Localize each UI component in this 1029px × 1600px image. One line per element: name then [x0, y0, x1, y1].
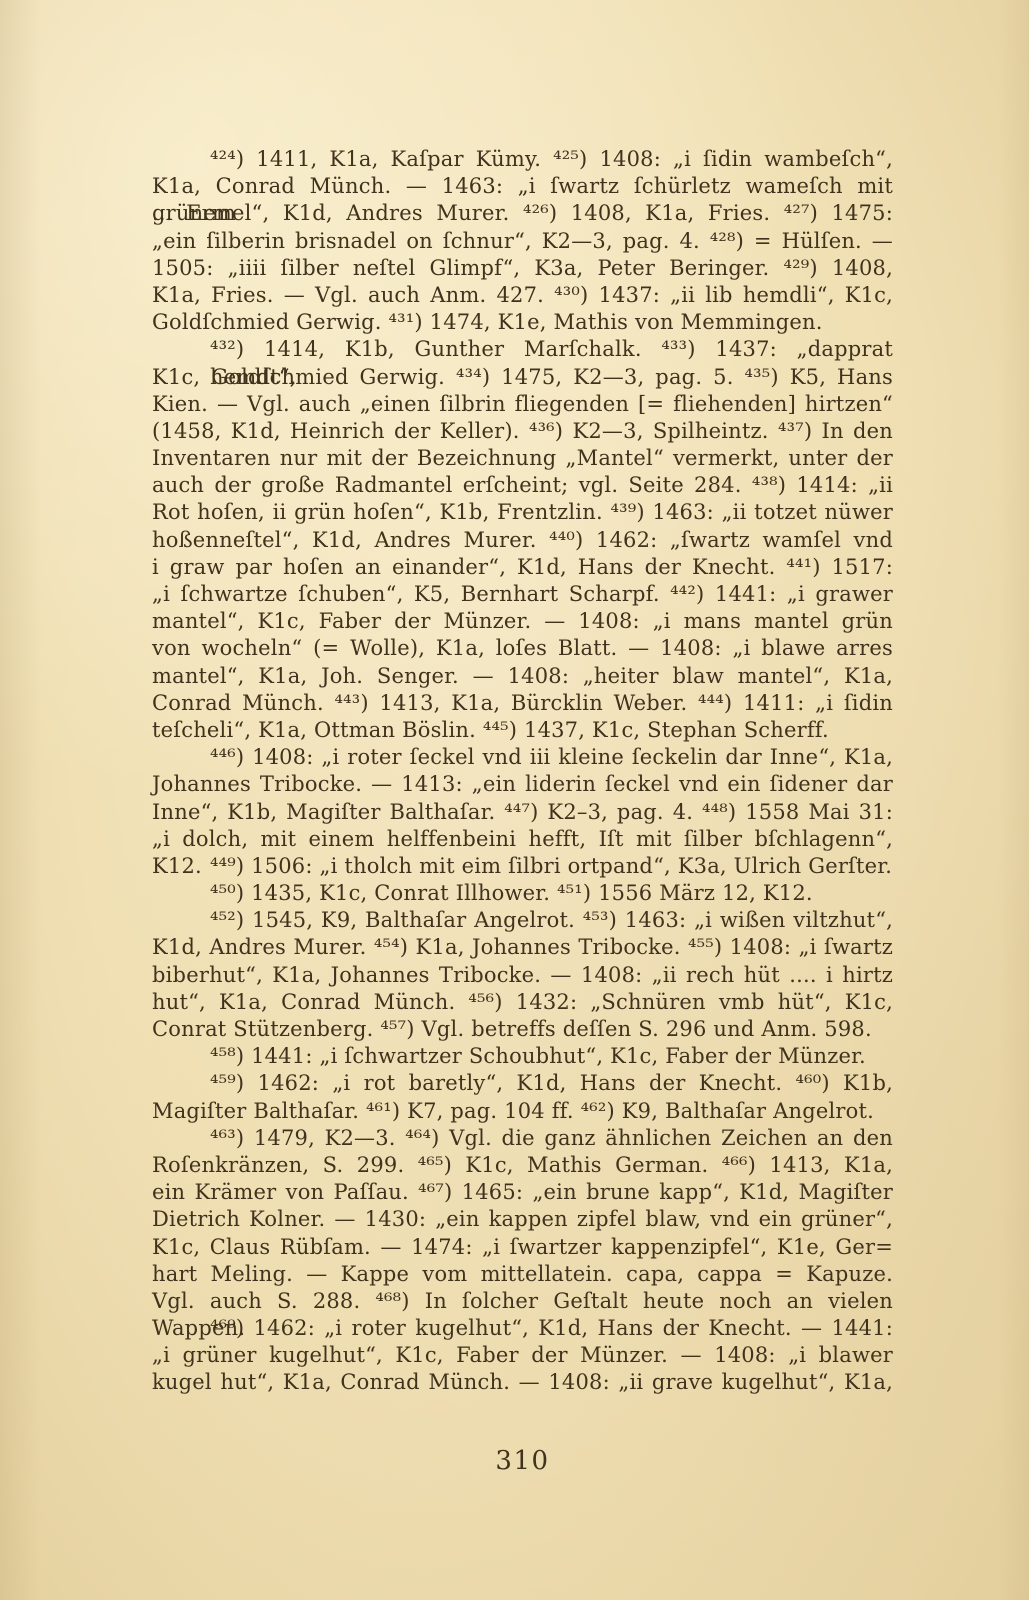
text-line: ... Ermel“, K1d, Andres Murer. ⁴²⁶) 1408…: [152, 200, 893, 227]
footnote-paragraph: ⁴⁶³) 1479, K2—3. ⁴⁶⁴) Vgl. die ganz ähnl…: [152, 1125, 893, 1315]
text-line: ⁴⁵⁹) 1462: „i rot baretly“, K1d, Hans de…: [152, 1070, 893, 1097]
text-line: (1458, K1d, Heinrich der Keller). ⁴³⁶) K…: [152, 418, 893, 445]
text-line: ⁴²⁴) 1411, K1a, Kaſpar Kümy. ⁴²⁵) 1408: …: [152, 146, 893, 173]
footnote-paragraph: ⁴³²) 1414, K1b, Gunther Marſchalk. ⁴³³) …: [152, 336, 893, 744]
text-line: ein Krämer von Paſſau. ⁴⁶⁷) 1465: „ein b…: [152, 1179, 893, 1206]
text-line: Dietrich Kolner. — 1430: „ein kappen zip…: [152, 1206, 893, 1233]
footnote-paragraph: ⁴⁵⁸) 1441: „i ſchwartzer Schoubhut“, K1c…: [152, 1043, 893, 1070]
footnote-paragraph: ⁴⁴⁶) 1408: „i roter ſeckel vnd iii klein…: [152, 744, 893, 853]
text-line: „ein ſilberin brisnadel on ſchnur“, K2—3…: [152, 228, 893, 255]
text-line: ⁴⁶³) 1479, K2—3. ⁴⁶⁴) Vgl. die ganz ähnl…: [152, 1125, 893, 1152]
text-line: „i grüner kugelhut“, K1c, Faber der Münz…: [152, 1342, 893, 1369]
scanned-book-page: { "colors": { "paper": "#f0e0b4", "paper…: [0, 0, 1029, 1600]
text-line: Inne“, K1b, Magiſter Balthaſar. ⁴⁴⁷) K2–…: [152, 799, 893, 826]
text-line: kugel hut“, K1a, Conrad Münch. — 1408: „…: [152, 1369, 893, 1396]
text-line: ⁴⁵²) 1545, K9, Balthaſar Angelrot. ⁴⁵³) …: [152, 907, 893, 934]
footnote-paragraph: ⁴²⁴) 1411, K1a, Kaſpar Kümy. ⁴²⁵) 1408: …: [152, 146, 893, 336]
text-line: Roſenkränzen, S. 299. ⁴⁶⁵) K1c, Mathis G…: [152, 1152, 893, 1179]
text-line: biberhut“, K1a, Johannes Tribocke. — 140…: [152, 962, 893, 989]
text-line: von wocheln“ (= Wolle), K1a, loſes Blatt…: [152, 635, 893, 662]
text-line: Inventaren nur mit der Bezeichnung „Mant…: [152, 445, 893, 472]
text-line: hoßenneſtel“, K1d, Andres Murer. ⁴⁴⁰) 14…: [152, 527, 893, 554]
text-line: „i dolch, mit einem helffenbeini hefft, …: [152, 826, 893, 853]
footnote-paragraph: ⁴⁵⁰) 1435, K1c, Conrat Illhower. ⁴⁵¹) 15…: [152, 880, 893, 907]
text-line: 1505: „iiii ſilber neſtel Glimpf“, K3a, …: [152, 255, 893, 282]
text-line: ⁴⁴⁶) 1408: „i roter ſeckel vnd iii klein…: [152, 744, 893, 771]
text-line: ⁴⁴⁹) 1506: „i tholch mit eim ſilbri ortp…: [152, 853, 893, 880]
text-line: ⁴⁵⁰) 1435, K1c, Conrat Illhower. ⁴⁵¹) 15…: [152, 880, 893, 907]
text-line: auch der große Radmantel erſcheint; vgl.…: [152, 472, 893, 499]
text-line: hut“, K1a, Conrad Münch. ⁴⁵⁶) 1432: „Sch…: [152, 989, 893, 1016]
text-line: ⁴⁶⁹) 1462: „i roter kugelhut“, K1d, Hans…: [152, 1315, 893, 1342]
text-line: K1a, Conrad Münch. — 1463: „i ſwartz ſch…: [152, 173, 893, 200]
text-line: i graw par hoſen an einander“, K1d, Hans…: [152, 554, 893, 581]
page-number: 310: [152, 1446, 893, 1476]
text-line: mantel“, K1c, Faber der Münzer. — 1408: …: [152, 608, 893, 635]
text-line: K1d, Andres Murer. ⁴⁵⁴) K1a, Johannes Tr…: [152, 934, 893, 961]
footnote-paragraph: ⁴⁵⁹) 1462: „i rot baretly“, K1d, Hans de…: [152, 1070, 893, 1124]
text-line: Rot hoſen, ii grün hoſen“, K1b, Frentzli…: [152, 499, 893, 526]
text-line: hart Meling. — Kappe vom mittellatein. c…: [152, 1261, 893, 1288]
text-line: Johannes Tribocke. — 1413: „ein liderin …: [152, 771, 893, 798]
text-line: mantel“, K1a, Joh. Senger. — 1408: „heit…: [152, 663, 893, 690]
text-line: K1a, Fries. — Vgl. auch Anm. 427. ⁴³⁰) 1…: [152, 282, 893, 309]
text-line: Conrat Stützenberg. ⁴⁵⁷) Vgl. betreffs d…: [152, 1016, 893, 1043]
text-line: K1c, Claus Rübſam. — 1474: „i ſwartzer k…: [152, 1234, 893, 1261]
text-line: Kien. — Vgl. auch „einen ſilbrin fliegen…: [152, 391, 893, 418]
footnote-paragraph: ⁴⁶⁹) 1462: „i roter kugelhut“, K1d, Hans…: [152, 1315, 893, 1397]
footnotes-block: ⁴²⁴) 1411, K1a, Kaſpar Kümy. ⁴²⁵) 1408: …: [152, 146, 893, 1397]
text-line: Vgl. auch S. 288. ⁴⁶⁸) In ſolcher Geſtal…: [152, 1288, 893, 1315]
text-line: ⁴³²) 1414, K1b, Gunther Marſchalk. ⁴³³) …: [152, 336, 893, 363]
footnote-paragraph: ⁴⁵²) 1545, K9, Balthaſar Angelrot. ⁴⁵³) …: [152, 907, 893, 1043]
text-line: teſcheli“, K1a, Ottman Böslin. ⁴⁴⁵) 1437…: [152, 717, 893, 744]
text-line: Conrad Münch. ⁴⁴³) 1413, K1a, Bürcklin W…: [152, 690, 893, 717]
footnote-paragraph: ⁴⁴⁹) 1506: „i tholch mit eim ſilbri ortp…: [152, 853, 893, 880]
text-line: Magiſter Balthaſar. ⁴⁶¹) K7, pag. 104 ff…: [152, 1098, 893, 1125]
text-line: Goldſchmied Gerwig. ⁴³¹) 1474, K1e, Math…: [152, 309, 893, 336]
text-line: „i ſchwartze ſchuben“, K5, Bernhart Scha…: [152, 581, 893, 608]
text-line: ⁴⁵⁸) 1441: „i ſchwartzer Schoubhut“, K1c…: [152, 1043, 893, 1070]
text-line: K1c, Goldſchmied Gerwig. ⁴³⁴) 1475, K2—3…: [152, 364, 893, 391]
